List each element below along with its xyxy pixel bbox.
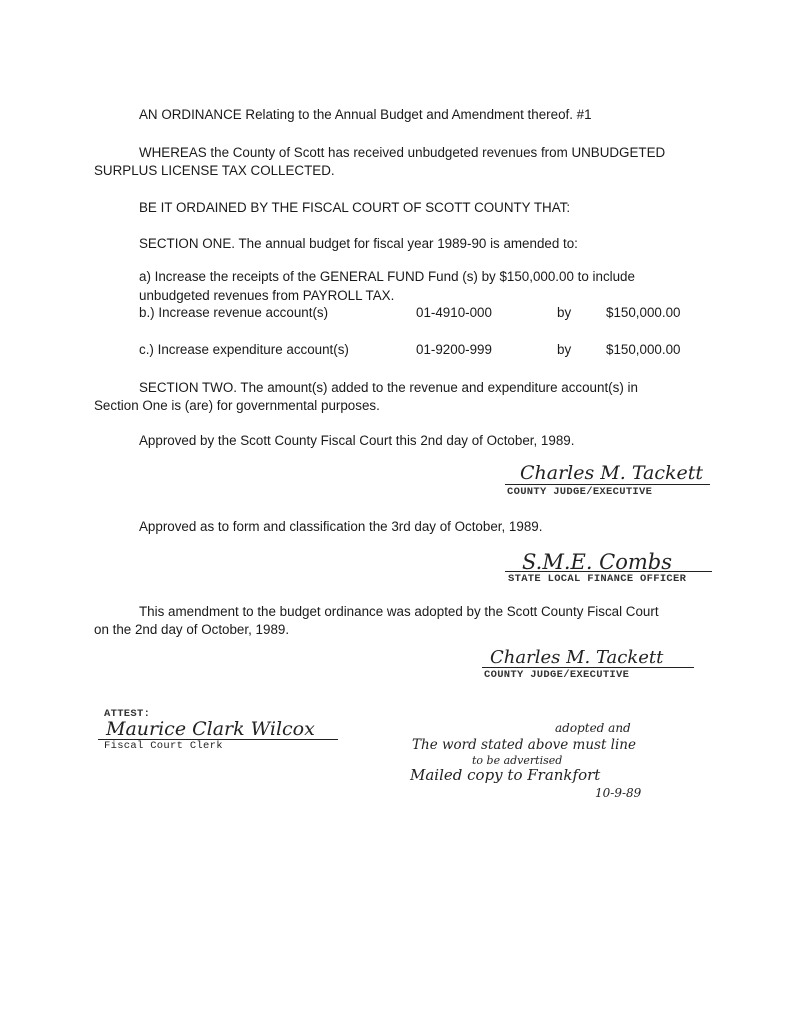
signature-line	[505, 571, 712, 572]
approved-as-to-form: Approved as to form and classification t…	[139, 519, 542, 534]
adopted-line2: on the 2nd day of October, 1989.	[94, 622, 289, 637]
account-number: 01-4910-000	[416, 305, 492, 320]
signature-title: COUNTY JUDGE/EXECUTIVE	[507, 486, 652, 498]
account-by: by	[557, 342, 571, 357]
approved-by-court: Approved by the Scott County Fiscal Cour…	[139, 433, 574, 448]
signature-line	[505, 484, 710, 485]
account-by: by	[557, 305, 571, 320]
note-line: 10-9-89	[595, 786, 641, 800]
account-label: b.) Increase revenue account(s)	[139, 305, 328, 320]
signature-title: COUNTY JUDGE/EXECUTIVE	[484, 669, 629, 681]
section-one-heading: SECTION ONE. The annual budget for fisca…	[139, 236, 578, 251]
whereas-clause-line2: SURPLUS LICENSE TAX COLLECTED.	[94, 163, 335, 178]
note-line: Mailed copy to Frankfort	[410, 766, 600, 784]
account-amount: $150,000.00	[606, 342, 680, 357]
signature-judge: Charles M. Tackett	[520, 462, 703, 484]
signature-judge: Charles M. Tackett	[490, 647, 663, 668]
ordinance-title: AN ORDINANCE Relating to the Annual Budg…	[139, 107, 592, 122]
ordained-clause: BE IT ORDAINED BY THE FISCAL COURT OF SC…	[139, 200, 570, 215]
section-two-line1: SECTION TWO. The amount(s) added to the …	[139, 380, 638, 395]
signature-clerk: Maurice Clark Wilcox	[106, 718, 315, 740]
note-line: The word stated above must line	[412, 737, 636, 753]
adopted-line1: This amendment to the budget ordinance w…	[139, 604, 659, 619]
signature-title: STATE LOCAL FINANCE OFFICER	[508, 573, 686, 585]
item-a-line1: a) Increase the receipts of the GENERAL …	[139, 269, 635, 284]
section-two-line2: Section One is (are) for governmental pu…	[94, 398, 380, 413]
signature-title: Fiscal Court Clerk	[104, 740, 223, 752]
whereas-clause-line1: WHEREAS the County of Scott has received…	[139, 145, 665, 160]
account-label: c.) Increase expenditure account(s)	[139, 342, 349, 357]
account-number: 01-9200-999	[416, 342, 492, 357]
signature-line	[482, 667, 694, 668]
note-line: adopted and	[555, 721, 631, 735]
account-amount: $150,000.00	[606, 305, 680, 320]
item-a-line2: unbudgeted revenues from PAYROLL TAX.	[139, 288, 394, 303]
